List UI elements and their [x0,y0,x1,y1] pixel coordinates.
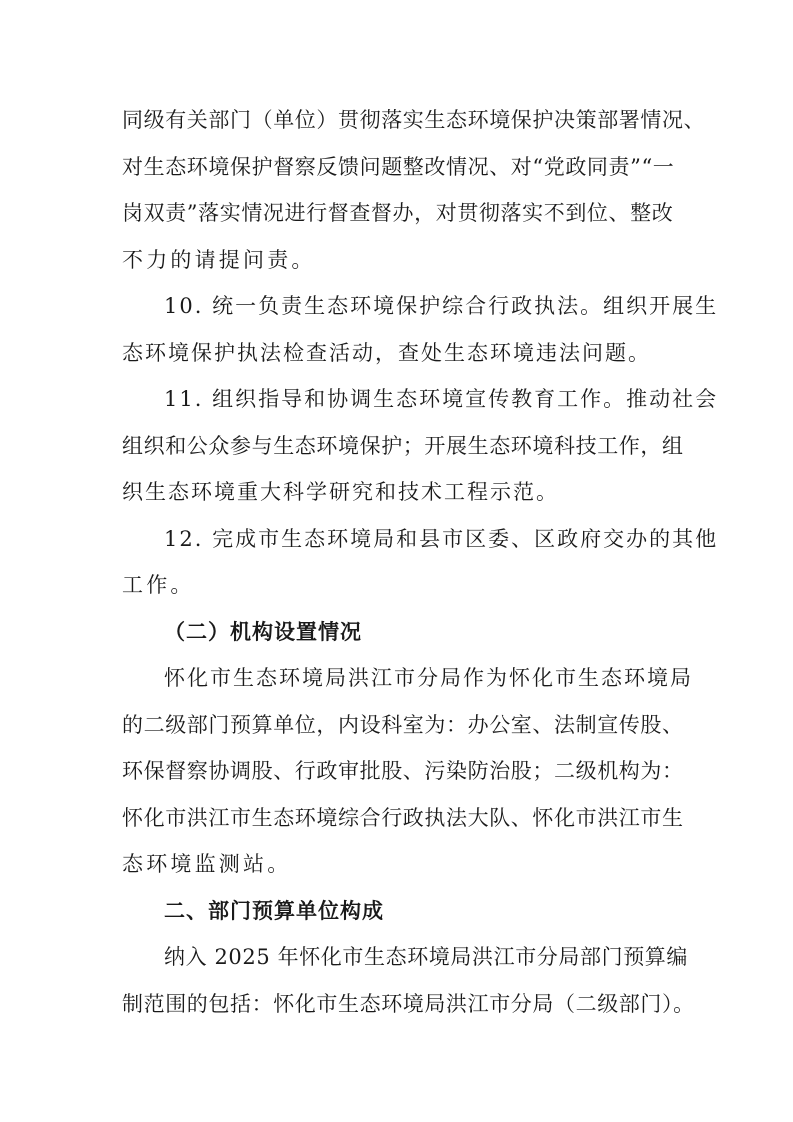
paragraph-item-10: 10. 统一负责生态环境保护综合行政执法。组织开展生 态环境保护执法检查活动，查… [122,288,674,381]
text-line: 纳入 2025 年怀化市生态环境局洪江市分局部门预算编 [122,939,674,986]
text-line: 10. 统一负责生态环境保护综合行政执法。组织开展生 [122,288,674,335]
text-line: 怀化市生态环境局洪江市分局作为怀化市生态环境局 [122,660,674,707]
text-line: 制范围的包括：怀化市生态环境局洪江市分局（二级部门）。 [122,986,674,1033]
section-heading-budget-units: 二、部门预算单位构成 [122,893,674,940]
text-line: 怀化市洪江市生态环境综合行政执法大队、怀化市洪江市生 [122,800,674,847]
text-line: 岗双责”落实情况进行督查督办，对贯彻落实不到位、整改 [122,195,674,242]
text-line: 11. 组织指导和协调生态环境宣传教育工作。推动社会 [122,381,674,428]
text-line: 组织和公众参与生态环境保护；开展生态环境科技工作，组 [122,428,674,475]
text-line: 环保督察协调股、行政审批股、污染防治股；二级机构为： [122,753,674,800]
text-line: 对生态环境保护督察反馈问题整改情况、对“党政同责”“一 [122,149,674,196]
text-line: 态环境监测站。 [122,846,674,893]
section-heading: 二、部门预算单位构成 [122,893,674,940]
paragraph-item-11: 11. 组织指导和协调生态环境宣传教育工作。推动社会 组织和公众参与生态环境保护… [122,381,674,521]
section-heading: （二）机构设置情况 [122,614,674,661]
document-page: 同级有关部门（单位）贯彻落实生态环境保护决策部署情况、 对生态环境保护督察反馈问… [122,102,674,1032]
text-line: 不力的请提问责。 [122,242,674,289]
paragraph-supervision-continued: 同级有关部门（单位）贯彻落实生态环境保护决策部署情况、 对生态环境保护督察反馈问… [122,102,674,288]
section-heading-org-structure: （二）机构设置情况 [122,614,674,661]
text-line: 工作。 [122,567,674,614]
text-line: 的二级部门预算单位，内设科室为：办公室、法制宣传股、 [122,707,674,754]
text-line: 织生态环境重大科学研究和技术工程示范。 [122,474,674,521]
paragraph-org-structure: 怀化市生态环境局洪江市分局作为怀化市生态环境局 的二级部门预算单位，内设科室为：… [122,660,674,893]
paragraph-item-12: 12. 完成市生态环境局和县市区委、区政府交办的其他 工作。 [122,521,674,614]
text-line: 同级有关部门（单位）贯彻落实生态环境保护决策部署情况、 [122,102,674,149]
paragraph-budget-units: 纳入 2025 年怀化市生态环境局洪江市分局部门预算编 制范围的包括：怀化市生态… [122,939,674,1032]
text-line: 12. 完成市生态环境局和县市区委、区政府交办的其他 [122,521,674,568]
text-line: 态环境保护执法检查活动，查处生态环境违法问题。 [122,335,674,382]
